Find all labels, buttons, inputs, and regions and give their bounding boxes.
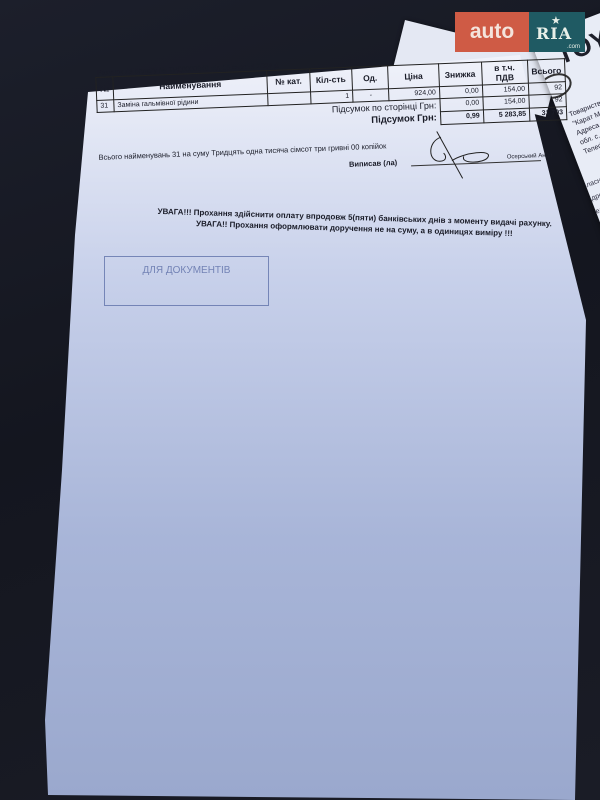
logo-auto: auto bbox=[455, 12, 529, 52]
issued-by-label: Виписав (ла) bbox=[349, 158, 398, 169]
stamp: ДЛЯ ДОКУМЕНТІВ bbox=[104, 256, 269, 306]
invoice: Рахунок на оплату № ТРД0000340 від 13 се… bbox=[95, 51, 568, 161]
autoria-logo: auto ★ RIA .com bbox=[455, 12, 585, 52]
logo-ria: ★ RIA .com bbox=[529, 12, 585, 52]
signature bbox=[423, 128, 515, 182]
